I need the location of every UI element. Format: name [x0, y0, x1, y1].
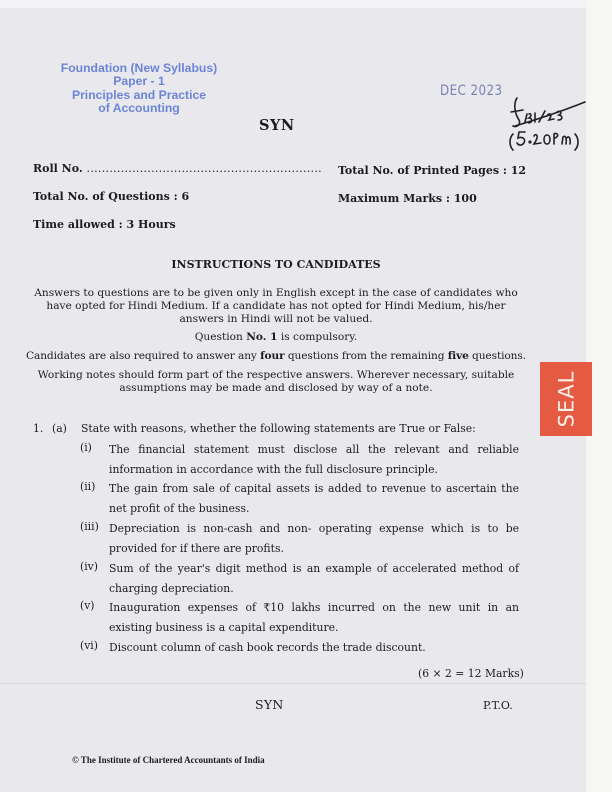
statement-text: Depreciation is non-cash and non- operat…	[109, 519, 519, 558]
statement-label: (iv)	[80, 560, 98, 573]
statement-text: Sum of the year's digit method is an exa…	[109, 559, 519, 598]
text-span: questions from the remaining	[285, 350, 448, 362]
roll-number-label: Roll No.	[33, 162, 83, 175]
statement-text: Inauguration expenses of ₹10 lakhs incur…	[109, 598, 519, 637]
instruction-compulsory: Question No. 1 is compulsory.	[28, 331, 524, 344]
total-questions: Total No. of Questions : 6	[33, 190, 189, 203]
handwritten-signature-icon	[505, 92, 595, 152]
statement-text: Discount column of cash book records the…	[109, 638, 519, 658]
printed-pages: Total No. of Printed Pages : 12	[338, 164, 526, 177]
question-stem: State with reasons, whether the followin…	[81, 420, 531, 438]
statement-label: (i)	[80, 441, 92, 454]
text-bold: four	[260, 350, 285, 362]
statement-label: (vi)	[80, 639, 98, 652]
scan-artifact-line	[0, 683, 586, 684]
course-stamp-line: Principles and Practice	[44, 89, 234, 102]
question-part: (a)	[52, 420, 67, 438]
copyright-notice: © The Institute of Chartered Accountants…	[72, 755, 265, 765]
page-turn-over: P.T.O.	[483, 699, 513, 712]
page-edge-top	[0, 0, 612, 8]
text-span: Question	[195, 331, 246, 343]
statement-label: (v)	[80, 599, 95, 612]
paper-code: SYN	[259, 117, 295, 134]
seal-label: SEAL	[554, 371, 578, 428]
statement-text: The gain from sale of capital assets is …	[109, 479, 519, 518]
statement-text: The financial statement must disclose al…	[109, 440, 519, 479]
roll-number-field: Roll No. ...............................…	[33, 162, 322, 175]
question-marks: (6 × 2 = 12 Marks)	[418, 667, 524, 680]
maximum-marks: Maximum Marks : 100	[338, 192, 477, 205]
time-allowed: Time allowed : 3 Hours	[33, 218, 176, 231]
text-span: Candidates are also required to answer a…	[26, 350, 260, 362]
question-number: 1.	[33, 420, 43, 438]
text-span: questions.	[469, 350, 526, 362]
statement-label: (iii)	[80, 520, 99, 533]
instructions-title: INSTRUCTIONS TO CANDIDATES	[0, 258, 552, 271]
course-stamp-line: Paper - 1	[44, 75, 234, 88]
date-stamp: DEC 2023	[440, 83, 502, 99]
text-span: is compulsory.	[278, 331, 358, 343]
instruction-choice: Candidates are also required to answer a…	[22, 350, 530, 363]
seal-tab: SEAL	[540, 362, 592, 436]
footer-paper-code: SYN	[255, 697, 284, 712]
text-bold: five	[448, 350, 469, 362]
text-bold: No. 1	[246, 331, 277, 343]
instruction-working-notes: Working notes should form part of the re…	[28, 369, 524, 395]
course-stamp-line: of Accounting	[44, 102, 234, 115]
course-stamp: Foundation (New Syllabus) Paper - 1 Prin…	[44, 62, 234, 116]
roll-number-blank: ........................................…	[87, 162, 322, 175]
statement-label: (ii)	[80, 480, 95, 493]
course-stamp-line: Foundation (New Syllabus)	[44, 62, 234, 75]
instruction-language: Answers to questions are to be given onl…	[28, 287, 524, 326]
